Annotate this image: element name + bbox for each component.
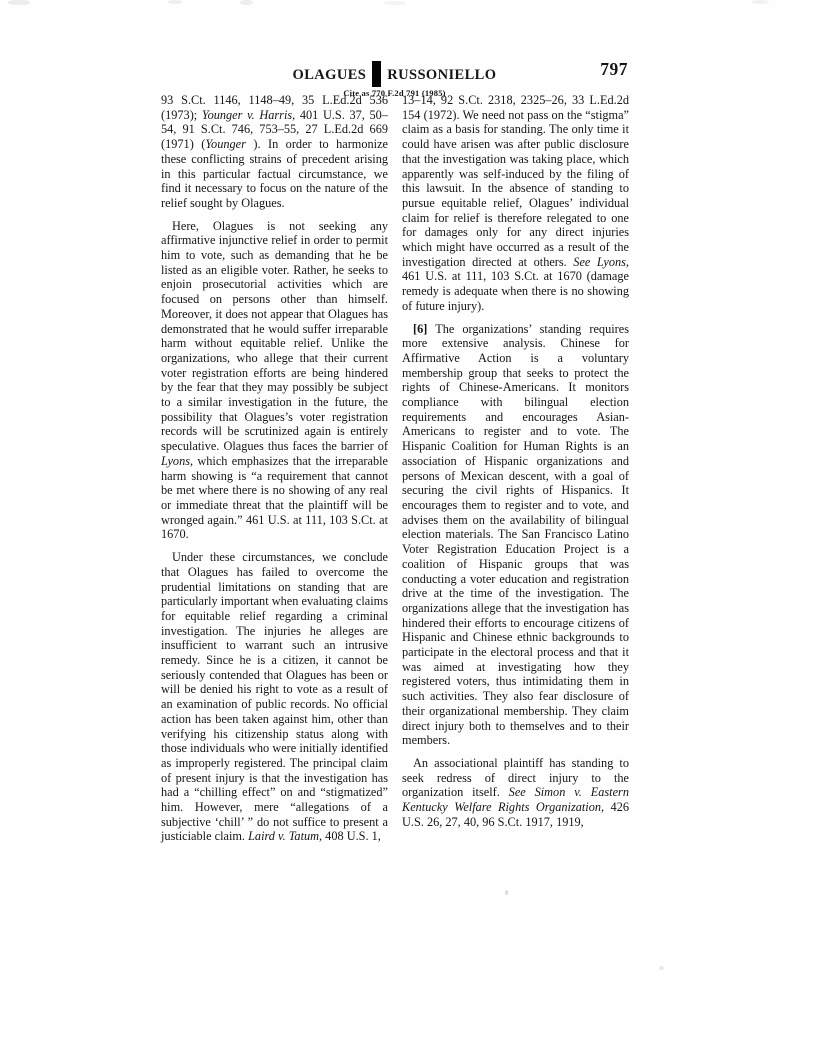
body-paragraph: 93 S.Ct. 1146, 1148–49, 35 L.Ed.2d 536 (… [161,93,388,211]
case-citation: Lyons, [161,454,193,468]
reporter-page: 797 OLAGUESRUSSONIELLO Cite as 770 F.2d … [0,0,821,1056]
body-paragraph: [6] The organizations’ standing requires… [402,322,629,748]
case-citation: Laird v. Tatum, [248,829,322,843]
body-paragraph: Under these circumstances, we conclude t… [161,550,388,844]
scan-artifact [168,0,182,4]
case-citation: Younger [205,137,246,151]
text-run: Here, Olagues is not seeking any affirma… [161,219,388,454]
scan-artifact [240,0,253,5]
case-title-appellee: RUSSONIELLO [387,67,496,83]
text-run: 408 U.S. 1, [322,829,381,843]
scan-artifact [8,0,30,5]
text-run: which emphasizes that the irreparable ha… [161,454,388,542]
scan-artifact [752,0,769,4]
text-run: Under these circumstances, we conclude t… [161,550,388,843]
case-citation: Younger v. Harris, [202,108,295,122]
scan-artifact [384,1,406,5]
text-run: 13–14, 92 S.Ct. 2318, 2325–26, 33 L.Ed.2… [402,93,629,269]
body-paragraph: An associational plaintiff has standing … [402,756,629,830]
text-run: The organizations’ standing requires mor… [402,322,629,748]
text-run: 461 U.S. at 111, 103 S.Ct. at 1670 (dama… [402,269,629,312]
text-column-left: 93 S.Ct. 1146, 1148–49, 35 L.Ed.2d 536 (… [161,93,388,844]
scan-artifact [659,966,664,970]
page-number: 797 [600,60,628,78]
text-column-right: 13–14, 92 S.Ct. 2318, 2325–26, 33 L.Ed.2… [402,93,629,829]
scan-artifact [505,890,508,895]
body-paragraph: Here, Olagues is not seeking any affirma… [161,219,388,542]
body-paragraph: 13–14, 92 S.Ct. 2318, 2325–26, 33 L.Ed.2… [402,93,629,314]
case-title: OLAGUESRUSSONIELLO [161,61,628,87]
case-title-appellant: OLAGUES [293,67,367,83]
case-citation: See Lyons, [573,255,629,269]
redaction-bar-icon [372,61,381,87]
headnote-number: [6] [413,322,427,336]
